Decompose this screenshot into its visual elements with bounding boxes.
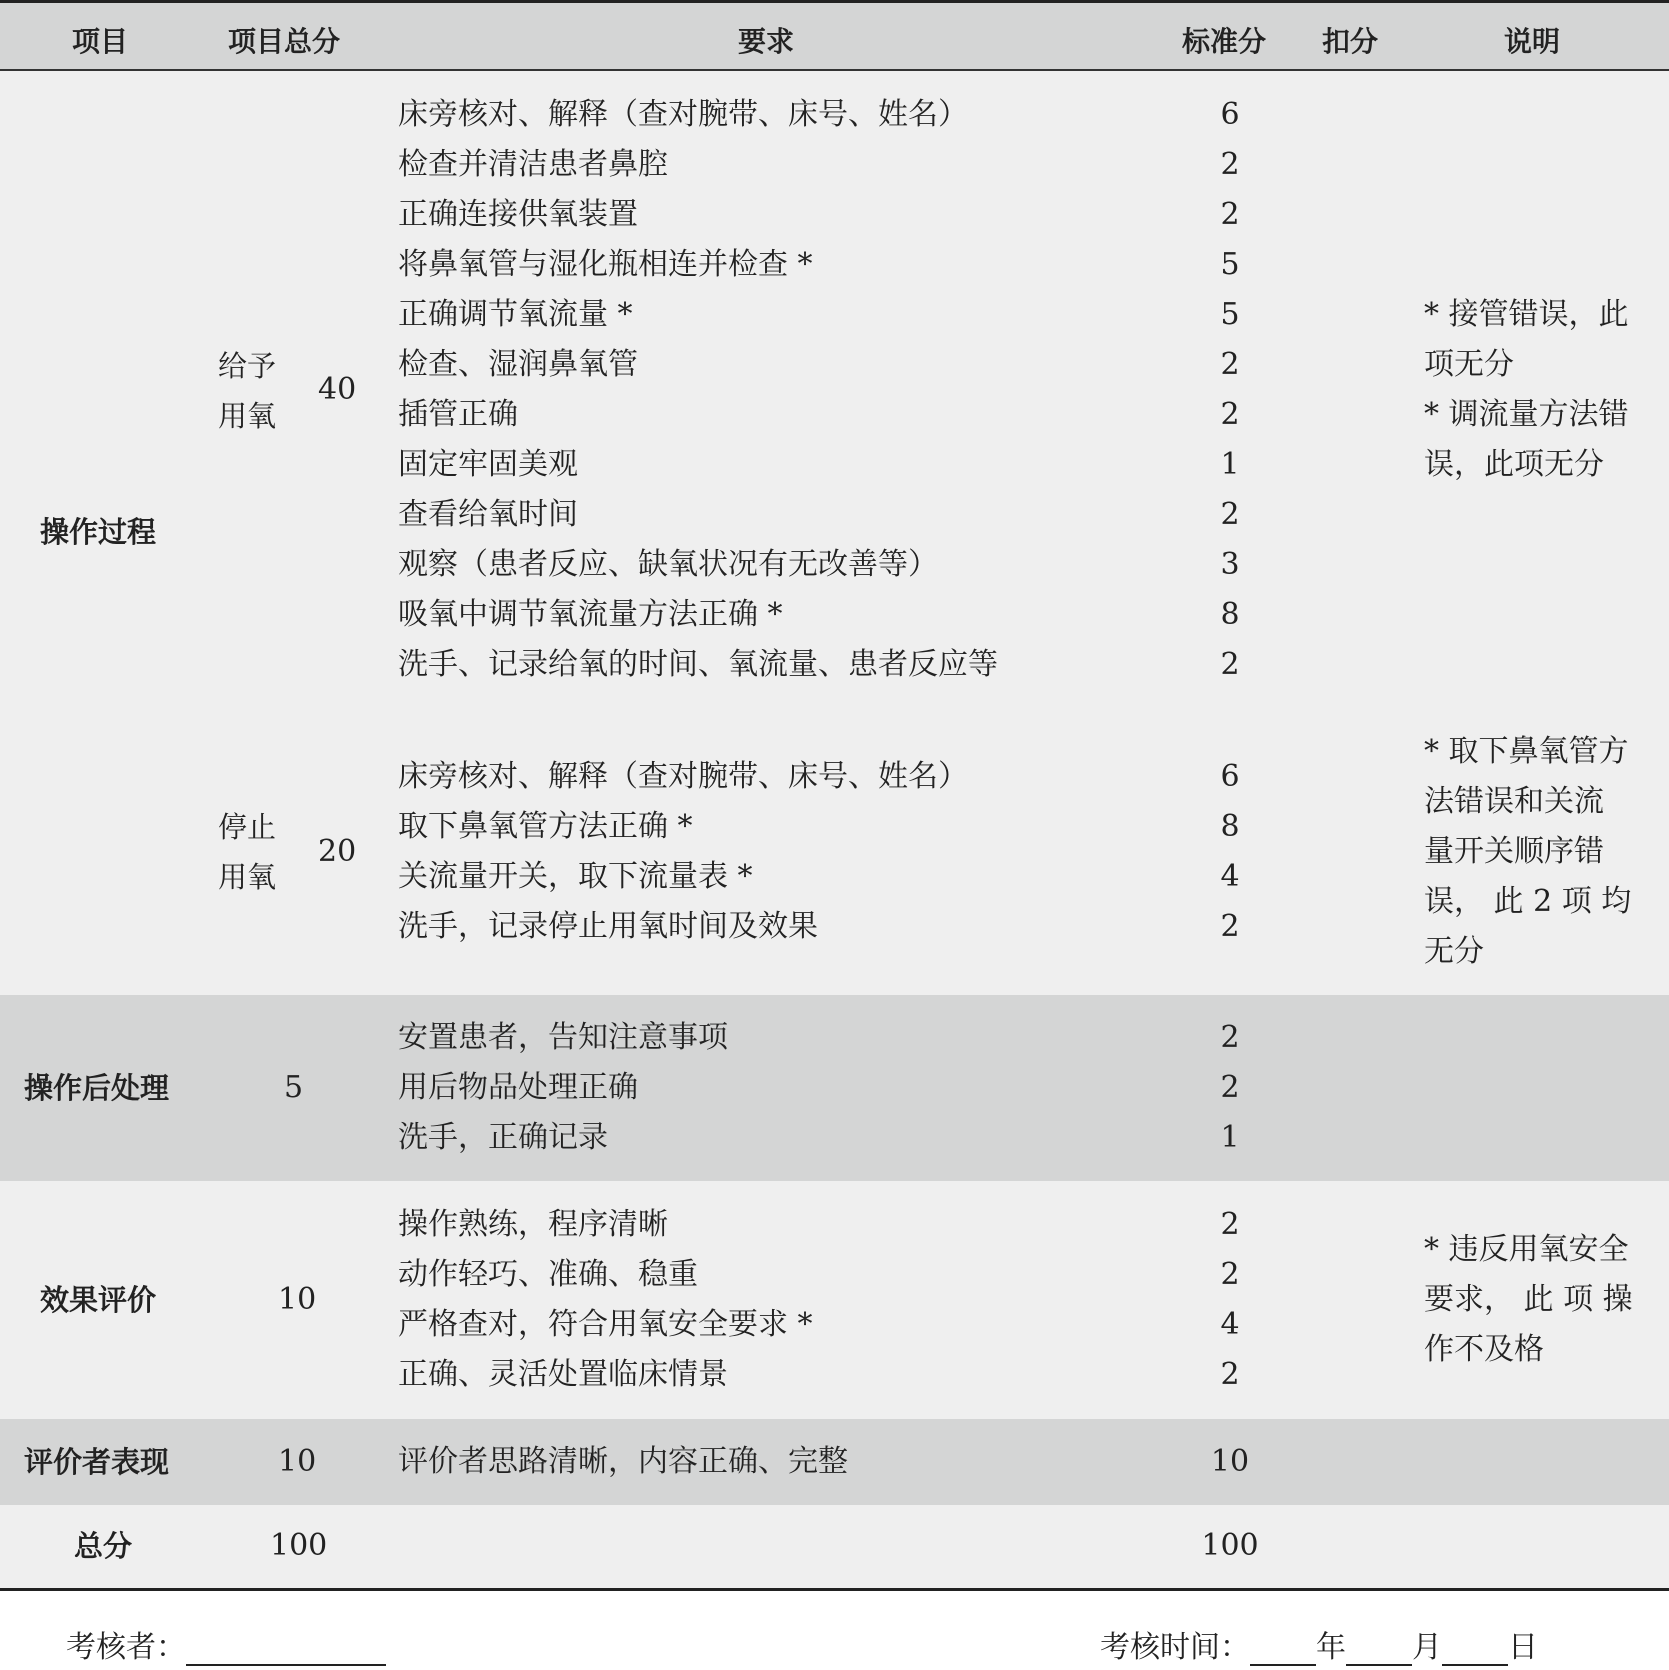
requirement: 洗手，记录停止用氧时间及效果 [398,902,818,952]
requirement: 操作熟练，程序清晰 [398,1200,668,1250]
requirement: 插管正确 [398,390,518,440]
effect-total: 10 [278,1275,316,1325]
note-line: 量开关顺序错 [1424,827,1654,877]
section-post: 操作后处理 5 安置患者，告知注意事项 2 用后物品处理正确 2 洗手，正确记录… [0,995,1669,1181]
header-total: 项目总分 [228,20,340,60]
section-process: 操作过程 给予 用氧 40 床旁核对、解释（查对腕带、床号、姓名） 6 检查并清… [0,71,1669,995]
stop-oxygen-label-1: 停止 [218,802,276,852]
stop-oxygen-note: * 取下鼻氧管方 法错误和关流 量开关顺序错 误， 此 2 项 均 无分 [1424,727,1654,977]
note-line: 误，此项无分 [1424,440,1654,490]
standard-score: 8 [1200,802,1260,852]
section-effect: 效果评价 10 操作熟练，程序清晰 2 动作轻巧、准确、稳重 2 严格查对，符合… [0,1181,1669,1419]
standard-score: 2 [1200,902,1260,952]
note-line: * 取下鼻氧管方 [1424,727,1654,777]
stop-oxygen-label-2: 用氧 [218,852,276,902]
requirement: 检查、湿润鼻氧管 [398,340,638,390]
standard-score: 5 [1200,290,1260,340]
year-blank[interactable] [1250,1632,1316,1666]
day-blank[interactable] [1442,1632,1508,1666]
note-line: 法错误和关流 [1424,777,1654,827]
requirement: 评价者思路清晰，内容正确、完整 [398,1437,848,1487]
requirement: 正确调节氧流量 * [398,290,633,340]
requirement: 观察（患者反应、缺氧状况有无改善等） [398,540,938,590]
give-oxygen-label-2: 用氧 [218,391,276,441]
requirement: 查看给氧时间 [398,490,578,540]
requirement: 正确、灵活处置临床情景 [398,1350,728,1400]
standard-score: 6 [1200,90,1260,140]
standard-score: 2 [1200,1063,1260,1113]
standard-score: 4 [1200,852,1260,902]
post-label: 操作后处理 [24,1063,169,1113]
total-project-score: 100 [270,1521,327,1571]
requirement: 取下鼻氧管方法正确 * [398,802,693,852]
month-label: 月 [1412,1630,1442,1665]
standard-score: 1 [1200,1113,1260,1163]
requirement: 洗手、记录给氧的时间、氧流量、患者反应等 [398,640,998,690]
requirement: 床旁核对、解释（查对腕带、床号、姓名） [398,752,968,802]
requirement: 安置患者，告知注意事项 [398,1013,728,1063]
standard-score: 2 [1200,1200,1260,1250]
header-note: 说明 [1504,20,1560,60]
requirement: 将鼻氧管与湿化瓶相连并检查 * [398,240,813,290]
evaluator-label: 评价者表现 [24,1437,169,1487]
give-oxygen-label-1: 给予 [218,341,276,391]
section-total: 总分 100 100 [0,1505,1669,1588]
bottom-rule [0,1588,1669,1591]
note-line: * 调流量方法错 [1424,390,1654,440]
standard-score: 2 [1200,640,1260,690]
standard-score: 2 [1200,190,1260,240]
standard-score: 6 [1200,752,1260,802]
standard-score: 2 [1200,490,1260,540]
standard-score: 2 [1200,1250,1260,1300]
standard-score: 4 [1200,1300,1260,1350]
stop-oxygen-total: 20 [318,827,356,877]
standard-score: 5 [1200,240,1260,290]
requirement: 洗手，正确记录 [398,1113,608,1163]
total-label: 总分 [74,1521,132,1571]
process-label: 操作过程 [40,507,156,557]
standard-score: 10 [1200,1437,1260,1487]
give-oxygen-note: * 接管错误，此 项无分 * 调流量方法错 误，此项无分 [1424,290,1654,490]
note-line: 误， 此 2 项 均 [1424,877,1654,927]
standard-score: 2 [1200,340,1260,390]
standard-score: 3 [1200,540,1260,590]
post-total: 5 [284,1063,303,1113]
header-item: 项目 [72,20,128,60]
give-oxygen-total: 40 [318,365,356,415]
examiner-label: 考核者： [66,1630,186,1665]
month-blank[interactable] [1346,1632,1412,1666]
note-line: 要求， 此 项 操 [1424,1275,1654,1325]
header-deduction: 扣分 [1322,20,1378,60]
note-line: 项无分 [1424,340,1654,390]
year-label: 年 [1316,1630,1346,1665]
header-standard: 标准分 [1182,20,1266,60]
section-evaluator: 评价者表现 10 评价者思路清晰，内容正确、完整 10 [0,1419,1669,1505]
requirement: 用后物品处理正确 [398,1063,638,1113]
standard-score: 2 [1200,1350,1260,1400]
exam-time-label: 考核时间： [1100,1630,1250,1665]
requirement: 严格查对，符合用氧安全要求 * [398,1300,813,1350]
exam-date: 考核时间：年月日 [1100,1622,1538,1666]
requirement: 关流量开关，取下流量表 * [398,852,753,902]
effect-label: 效果评价 [40,1275,156,1325]
total-standard-score: 100 [1192,1521,1268,1571]
standard-score: 1 [1200,440,1260,490]
header-requirement: 要求 [738,20,794,60]
day-label: 日 [1508,1630,1538,1665]
note-line: 无分 [1424,927,1654,977]
standard-score: 2 [1200,1013,1260,1063]
note-line: * 接管错误，此 [1424,290,1654,340]
standard-score: 2 [1200,390,1260,440]
note-line: 作不及格 [1424,1325,1654,1375]
requirement: 固定牢固美观 [398,440,578,490]
note-line: * 违反用氧安全 [1424,1225,1654,1275]
standard-score: 2 [1200,140,1260,190]
requirement: 动作轻巧、准确、稳重 [398,1250,698,1300]
evaluator-total: 10 [278,1437,316,1487]
effect-note: * 违反用氧安全 要求， 此 项 操 作不及格 [1424,1225,1654,1375]
table-header: 项目 项目总分 要求 标准分 扣分 说明 [0,3,1669,71]
examiner-signature: 考核者： [66,1622,386,1666]
requirement: 吸氧中调节氧流量方法正确 * [398,590,783,640]
requirement: 检查并清洁患者鼻腔 [398,140,668,190]
requirement: 床旁核对、解释（查对腕带、床号、姓名） [398,90,968,140]
requirement: 正确连接供氧装置 [398,190,638,240]
standard-score: 8 [1200,590,1260,640]
examiner-blank[interactable] [186,1632,386,1666]
